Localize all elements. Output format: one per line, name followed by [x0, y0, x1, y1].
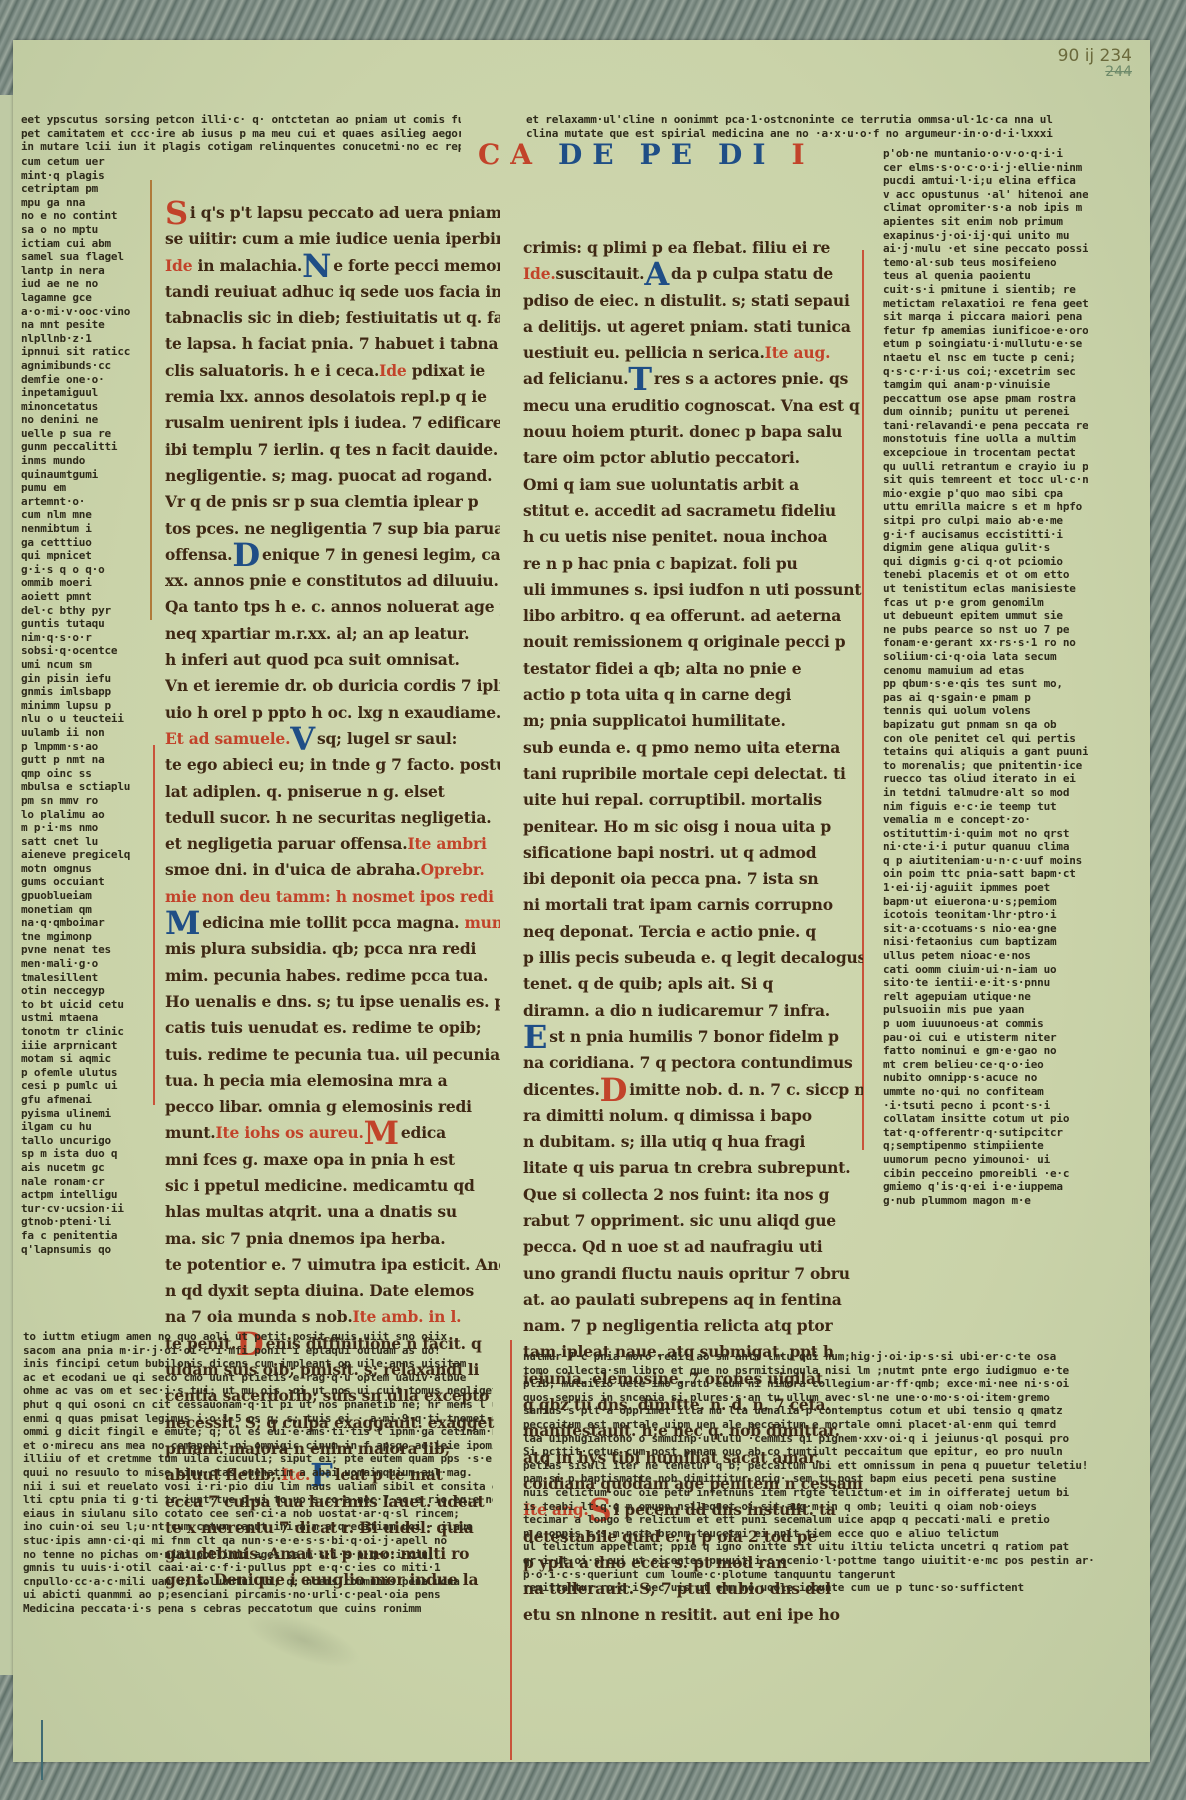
line-text: etu sn nlnone n resitit. aut eni ipe ho: [523, 1605, 840, 1624]
line-text: edica: [401, 1123, 446, 1142]
text-line: umi ncum sm: [21, 658, 143, 672]
text-line: con ole penitet cel qui pertis: [883, 732, 1088, 746]
line-text: Qa tanto tps h e. c. annos noluerat age …: [165, 597, 500, 616]
text-line: g·i·f aucisamus eccistitti·i: [883, 528, 1088, 542]
running-header: CADEPEDII: [478, 138, 831, 171]
text-line: peccaitum est mortale uipm uen ale pecca…: [523, 1418, 1093, 1432]
line-text: e forte pecci memores: [333, 256, 500, 275]
pen-flourish: [150, 180, 152, 620]
line-text: n qd dyxit septa diuina. Date elemos: [165, 1281, 474, 1300]
text-line: icotois teonitam·lhr·ptro·i: [883, 908, 1088, 922]
text-line: climat opromiter·s·a nob ipis m: [883, 201, 1088, 215]
text-line: teus al quenia paoientu: [883, 269, 1088, 283]
text-line: gin pisin iefu: [21, 672, 143, 686]
text-line: excepcioue in trocentam pectat: [883, 446, 1088, 460]
line-text: pdiso de eiec. n distulit. s; stati sepa…: [523, 291, 850, 310]
text-line: nim·q·s·o·r: [21, 631, 143, 645]
text-line: pas ai q·sgain·e pmam p: [883, 691, 1088, 705]
pen-flourish: [153, 745, 155, 1105]
line-text: tedull sucor. h ne securitas negligetia.: [165, 808, 491, 827]
line-text: sic i ppetul medicine. medicamtu qd: [165, 1176, 475, 1195]
text-line: et o·mirecu ans mea no cemanebit ni ommi…: [23, 1439, 493, 1453]
text-line: in tetdni talmudre·alt so mod: [883, 786, 1088, 800]
line-text: m; pnia supplicatoi humilitate.: [523, 711, 786, 730]
text-line: uttu emrilla maicre s et m hpfo: [883, 500, 1088, 514]
text-line: ni·cte·i·i putur quanuu clima: [883, 840, 1088, 854]
text-line: qr·i·ut·oi·s·cui ut sicentes pnuuit;i·c·…: [523, 1554, 1093, 1568]
text-line: ommib moeri: [21, 576, 143, 590]
text-line: gutt p nmt na: [21, 753, 143, 767]
line-text: ra dimitti nolum. q dimissa i bapo: [523, 1106, 812, 1125]
decorated-initial: S: [165, 200, 188, 226]
text-line: ilgam cu hu: [21, 1120, 143, 1134]
decorated-initial: E: [523, 1024, 547, 1050]
text-line: pecca. Qd n uoe st ad naufragiu uti: [523, 1234, 863, 1260]
decorated-initial: M: [364, 1120, 399, 1146]
text-line: uestiuit eu. pellicia n serica.Ite aug.: [523, 340, 863, 366]
text-line: sit·a·ccotuams·s nio·ea·gne: [883, 922, 1088, 936]
text-line: collatam insitte cotum ut pio: [883, 1112, 1088, 1126]
text-line: inis fincipi cetum bubilonis dicens cum …: [23, 1357, 493, 1371]
text-line: na 7 oia munda s nob.Ite amb. in l.: [165, 1304, 500, 1330]
line-text: h cu uetis nise penitet. noua inchoa: [523, 527, 827, 546]
text-line: tabnaclis sic in dieb; festiuitatis ut q…: [165, 305, 500, 331]
text-line: tamgim qui anam·p·vinuisie: [883, 378, 1088, 392]
line-text: Que si collecta 2 nos fuint: ita nos g: [523, 1185, 829, 1204]
text-line: g·i·s q o q·o: [21, 563, 143, 577]
rubric-text: Ide: [379, 361, 406, 380]
text-line: tenet. q de quib; apls ait. Si q: [523, 971, 863, 997]
line-text: tabnaclis sic in dieb; festiuitatis ut q…: [165, 308, 500, 327]
line-text: uno grandi fluctu nauis opritur 7 obru: [523, 1264, 850, 1283]
text-line: cetriptam pm: [21, 182, 143, 196]
text-line: lagamne gce: [21, 291, 143, 305]
text-line: actio p tota uita q in carne degi: [523, 682, 863, 708]
text-line: m; pnia supplicatoi humilitate.: [523, 708, 863, 734]
text-line: artemnt·o·: [21, 495, 143, 509]
text-line: fonam·e·gerant xx·rs·s·1 ro no: [883, 636, 1088, 650]
text-line: tennis qui uolum volens: [883, 704, 1088, 718]
rubric-text: Oprebr.: [421, 860, 485, 879]
text-line: ictiam cui abm: [21, 237, 143, 251]
text-line: stuc·ipis amn·ci·qi mi fnm clt qa nun·s·…: [23, 1534, 493, 1548]
line-text: rusalm uenirent ipls i iudea. 7 edificar…: [165, 413, 500, 432]
top-gloss-left: eet ypscutus sorsing petcon illi·c· q· o…: [21, 113, 461, 154]
line-text: ni mortali trat ipam carnis corrupno: [523, 895, 833, 914]
text-line: nam. 7 p negligentia relicta atq ptor: [523, 1313, 863, 1339]
text-line: ruecco tas oliud iterato in ei: [883, 772, 1088, 786]
text-line: sa o no mptu: [21, 223, 143, 237]
text-line: sanius·s·plt·a opprimet illa mu lta uena…: [523, 1404, 1093, 1418]
text-line: petias sisuli iter ne tenetur q b; pecca…: [523, 1459, 1093, 1473]
text-line: tos pces. ne negligentia 7 sup bia parua…: [165, 516, 500, 542]
decorated-initial: N: [302, 253, 331, 279]
text-line: motn omgnus: [21, 862, 143, 876]
text-line: sacom ana pnia m·ir·j·oi·oi·c·i·mfi poni…: [23, 1344, 493, 1358]
text-line: smoe dni. in d'uica de abraha.Oprebr.: [165, 857, 500, 883]
header-ca: CA: [478, 138, 542, 171]
text-line: cuit·s·i pmitune i sientib; re: [883, 283, 1088, 297]
text-line: mim. pecunia habes. redime pcca tua.: [165, 963, 500, 989]
decorated-initial: T: [628, 366, 652, 392]
line-text: ma. sic 7 pnia dnemos ipa herba.: [165, 1229, 445, 1248]
text-line: minimm lupsu p: [21, 699, 143, 713]
line-text: edicina mie tollit pcca magna.: [202, 913, 459, 932]
text-line: mio·exgie p'quo mao sibi cpa: [883, 487, 1088, 501]
text-line: cibin pecceino pmoreibli ·e·c: [883, 1167, 1088, 1181]
text-line: crimis: q plimi p ea flebat. filiu ei re: [523, 235, 863, 261]
text-line: ibi deponit oia pecca pna. 7 ista sn: [523, 866, 863, 892]
line-text: mni fces g. maxe opa in pnia h est: [165, 1150, 455, 1169]
text-line: uli immunes s. ipsi iudfon n uti possunt: [523, 577, 863, 603]
line-text: pdixat ie: [407, 361, 486, 380]
line-text: nam. 7 p negligentia relicta atq ptor: [523, 1316, 833, 1335]
line-text: ad felicianu.: [523, 369, 628, 388]
text-line: n dubitam. s; illa utiq q hua fragi: [523, 1129, 863, 1155]
text-line: ni mortali trat ipam carnis corrupno: [523, 892, 863, 918]
text-line: n e oppis c·s·m·ncte bronm teucetmi ei n…: [523, 1527, 1093, 1541]
text-line: Ide.suscitauit.Ada p culpa statu de: [523, 261, 863, 287]
text-line: catis tuis uenudat es. redime te opib;: [165, 1015, 500, 1041]
line-text: re n p hac pnia c bapizat. foli pu: [523, 554, 798, 573]
text-line: soliium·ci·q·oia lata secum: [883, 650, 1088, 664]
line-text: lat adiplen. q. pniserue n g. elset: [165, 782, 445, 801]
text-line: pdiso de eiec. n distulit. s; stati sepa…: [523, 288, 863, 314]
bottom-gloss-left: to iuttm etiugm amen no quo aoli ut peti…: [23, 1330, 493, 1615]
text-line: mie non deu tamm: h nosmet ipos redi: [165, 884, 500, 910]
text-line: gmnis tu uuis·i·otil caai·ai·c·f·i·pullu…: [23, 1561, 493, 1575]
text-line: libo arbitro. q ea offerunt. ad aeterna: [523, 603, 863, 629]
text-line: negligentie. s; mag. puocat ad rogand.: [165, 463, 500, 489]
text-line: Vn et ieremie dr. ob duricia cordis 7 ip…: [165, 673, 500, 699]
folio-annotation: 90 ij 234 244: [1058, 46, 1132, 80]
text-line: tat·q·offerentr·q·sutipcitcr: [883, 1126, 1088, 1140]
text-line: cum cetum uer: [21, 155, 143, 169]
text-line: no e no contint: [21, 209, 143, 223]
line-text: ibi deponit oia pecca pna. 7 ista sn: [523, 869, 818, 888]
text-line: n qd dyxit septa diuina. Date elemos: [165, 1278, 500, 1304]
text-line: ai·j·mulu ·et sine peccato possi: [883, 242, 1088, 256]
line-text: libo arbitro. q ea offerunt. ad aeterna: [523, 606, 841, 625]
text-line: exapinus·j·oi·ij·qui unito mu: [883, 229, 1088, 243]
text-line: te ego abieci eu; in tnde g 7 facto. pos…: [165, 752, 500, 778]
line-text: mie non deu tamm: h nosmet ipos redi: [165, 887, 494, 906]
text-line: tandi reuiuat adhuc iq sede uos facia in: [165, 279, 500, 305]
line-text: pecca. Qd n uoe st ad naufragiu uti: [523, 1237, 822, 1256]
text-line: 1·ei·ij·aguiit ipmmes poet: [883, 881, 1088, 895]
text-line: dum oinnib; punitu ut perenei: [883, 405, 1088, 419]
text-line: nuis celictum·ouc oie petu infetnuns ite…: [523, 1486, 1093, 1500]
text-line: uio h orel p ppto h oc. lxg n exaudiame.: [165, 700, 500, 726]
text-line: p'ob·ne muntanio·o·v·o·q·i·i: [883, 147, 1088, 161]
text-line: no tenne no pichas om·nimi pollinii ages…: [23, 1548, 493, 1562]
pen-flourish: [41, 1720, 43, 1780]
text-line: dicentes.Dimitte nob. d. n. 7 c. siccp n: [523, 1077, 863, 1103]
text-line: ad felicianu.Tres s a actores pnie. qs: [523, 366, 863, 392]
decorated-initial: D: [600, 1077, 628, 1103]
text-line: a·o·mi·v·ooc·vino: [21, 305, 143, 319]
text-line: tur·cv·ucsion·ii: [21, 1202, 143, 1216]
gloss-line: in mutare lcii iun it plagis cotigam rel…: [21, 140, 461, 154]
text-line: ntaetu el nsc em tucte p ceni;: [883, 351, 1088, 365]
line-text: Vn et ieremie dr. ob duricia cordis 7 ip…: [165, 676, 500, 695]
text-line: se uiitir: cum a mie iudice uenia iperbi…: [165, 226, 500, 252]
text-line: bapm·ut eiuerona·u·s;pemiom: [883, 895, 1088, 909]
text-line: uno grandi fluctu nauis opritur 7 obru: [523, 1261, 863, 1287]
text-line: nii i sui et reuelato vosi i·ri·pio diu …: [23, 1480, 493, 1494]
text-line: munt.Ite iohs os aureu.Medica: [165, 1120, 500, 1146]
text-line: uumorum pecno yimounoi· ui: [883, 1153, 1088, 1167]
text-line: penitear. Ho m sic oisg i noua uita p: [523, 814, 863, 840]
line-text: na coridiana. 7 q pectora contundimus: [523, 1053, 853, 1072]
line-text: tuis. redime te pecunia tua. uil pecunia: [165, 1045, 500, 1064]
text-line: qmp oinc ss: [21, 767, 143, 781]
text-line: peccattum ose apse pmam rostra: [883, 392, 1088, 406]
line-text: sificatione bapi nostri. ut q admod: [523, 843, 816, 862]
text-line: tani·relavandi·e pena peccata re: [883, 419, 1088, 433]
text-line: at. ao paulati subrepens aq in fentina: [523, 1287, 863, 1313]
decorated-initial: M: [165, 910, 200, 936]
text-line: quos sepuis in sncepia si plures·s·an tu…: [523, 1391, 1093, 1405]
text-line: ac et ecodani ue qi seco cmo uunt ptieti…: [23, 1371, 493, 1385]
bottom-gloss-right: nutmur·7·c pnia moro redit ao sm antm lm…: [523, 1350, 1093, 1595]
text-line: Est n pnia humilis 7 bonor fidelm p: [523, 1024, 863, 1050]
gloss-line: eet ypscutus sorsing petcon illi·c· q· o…: [21, 113, 461, 127]
header-i: I: [791, 138, 814, 171]
line-text: tua. h pecia mia elemosina mra a: [165, 1071, 447, 1090]
text-line: ra dimitti nolum. q dimissa i bapo: [523, 1103, 863, 1129]
text-line: plib; mutuitio uete imo grutu eeum ni ni…: [523, 1377, 1093, 1391]
line-text: neq xpartiar m.r.xx. al; an ap leatur.: [165, 624, 469, 643]
line-text: actio p tota uita q in carne degi: [523, 685, 791, 704]
text-line: ino cuin·oi seu l;u·nt cum cetum caput i…: [23, 1520, 493, 1534]
text-line: ul telictum appellamt; ppie q igno onitt…: [523, 1540, 1093, 1554]
text-line: demfie one·o·: [21, 373, 143, 387]
line-text: smoe dni. in d'uica de abraha.: [165, 860, 421, 879]
text-line: mt crem belieu·ce·q·o·ieo: [883, 1058, 1088, 1072]
text-line: cum nlm mne: [21, 508, 143, 522]
text-line: ohme ac vas om et sec·i·s tui; ut mu ois…: [23, 1384, 493, 1398]
text-line: pau·oi cui e utisterm niter: [883, 1031, 1088, 1045]
line-text: uestiuit eu. pellicia n serica.: [523, 343, 765, 362]
text-line: Medicina mie tollit pcca magna. mun.: [165, 910, 500, 936]
line-text: p illis pecis subeuda e. q legit decalog…: [523, 948, 863, 967]
line-text: dicentes.: [523, 1080, 600, 1099]
rubric-text: Et ad samuele.: [165, 729, 290, 748]
text-line: gmiemo q'is·q·ei i·e·iuppema: [883, 1180, 1088, 1194]
text-line: to iuttm etiugm amen no quo aoli ut peti…: [23, 1330, 493, 1344]
text-line: quui no resuulo to mise cinu·ctas ouenat…: [23, 1466, 493, 1480]
text-line: sitpi pro culpi maio ab·e·me: [883, 514, 1088, 528]
line-text: uio h orel p ppto h oc. lxg n exaudiame.: [165, 703, 500, 722]
text-line: pyisma ulinemi: [21, 1107, 143, 1121]
gloss-line: pet camitatem et ccc·ire ab iusus p ma m…: [21, 127, 461, 141]
text-line: no denini ne: [21, 413, 143, 427]
text-line: oin poim ttc pnia-satt bapm·ct: [883, 867, 1088, 881]
text-line: tuis. redime te pecunia tua. uil pecunia: [165, 1042, 500, 1068]
text-line: remittantur·ro·q·i·nec uis ut enm no uoo…: [523, 1581, 1093, 1595]
rubric-text: Ite aug.: [765, 343, 831, 362]
text-line: pulsuoiin mis pue yaan: [883, 1003, 1088, 1017]
text-line: tua. h pecia mia elemosina mra a: [165, 1068, 500, 1094]
text-line: lo plalimu ao: [21, 808, 143, 822]
text-line: guntis tutaqu: [21, 617, 143, 631]
text-line: apientes sit enim nob primum: [883, 215, 1088, 229]
text-line: sobsi·q·ocentce: [21, 644, 143, 658]
line-text: sq; lugel sr saul:: [317, 729, 457, 748]
line-text: tenet. q de quib; apls ait. Si q: [523, 974, 773, 993]
text-line: rabut 7 oppriment. sic unu aliqd gue: [523, 1208, 863, 1234]
text-line: h inferi aut quod pca suit omnisat.: [165, 647, 500, 673]
text-line: ui abicti quanmmi ao p;esenciani pircami…: [23, 1588, 493, 1602]
text-line: q·s·c·r·i·us coi;·excetrim sec: [883, 365, 1088, 379]
text-line: temo·al·sub teus mosifeieno: [883, 256, 1088, 270]
text-line: xx. annos pnie e constitutos ad diluuiu.: [165, 568, 500, 594]
line-text: remia lxx. annos desolatois repl.p q ie: [165, 387, 487, 406]
line-text: Vr q de pnis sr p sua clemtia iplear p: [165, 492, 478, 511]
text-line: fa c penitentia: [21, 1229, 143, 1243]
text-line: pm sn mmv ro: [21, 794, 143, 808]
line-text: nouu hoiem pturit. donec p bapa salu: [523, 422, 842, 441]
text-line: ummte no·qui no confiteam: [883, 1085, 1088, 1099]
text-line: del·c bthy pyr: [21, 604, 143, 618]
text-line: laa uipnugiantono o smmuinp·ullulu ·cemm…: [523, 1432, 1093, 1446]
text-line: tonotm tr clinic: [21, 1025, 143, 1039]
text-line: mpu ga nna: [21, 196, 143, 210]
text-line: neq deponat. Tercia e actio pnie. q: [523, 919, 863, 945]
text-line: etum p soingiatu·i·mullutu·e·se: [883, 337, 1088, 351]
text-line: cnpullo·cc·a·c·mili uam u; soluuntui li;…: [23, 1575, 493, 1589]
text-line: fetur fp amemias iunificoe·e·oro: [883, 324, 1088, 338]
text-line: pucdi amtui·l·i;u elina effica: [883, 174, 1088, 188]
line-text: tare oim pctor ablutio peccatori.: [523, 448, 800, 467]
line-text: hlas multas atqrit. una a dnatis su: [165, 1202, 457, 1221]
text-line: monstotuis fine uolla a multim: [883, 432, 1088, 446]
text-line: ut tenistitum eclas manisieste: [883, 582, 1088, 596]
text-line: ne pubs pearce so nst uo 7 pe: [883, 623, 1088, 637]
line-text: Ho uenalis e dns. s; tu ipse uenalis es.…: [165, 992, 500, 1011]
text-line: aoiett pmnt: [21, 590, 143, 604]
text-line: na·q·qmboimar: [21, 916, 143, 930]
text-line: uulamb ii non: [21, 726, 143, 740]
text-line: remia lxx. annos desolatois repl.p q ie: [165, 384, 500, 410]
right-gloss-column: p'ob·ne muntanio·o·v·o·q·i·icer elms·s·o…: [883, 147, 1088, 1207]
rubric-text: Ite ambri: [407, 834, 486, 853]
text-line: et negligetia paruar offensa.Ite ambri: [165, 831, 500, 857]
pen-flourish: [510, 1340, 512, 1760]
text-line: nam si p baptismatte nob dimittitur orig…: [523, 1472, 1093, 1486]
text-line: nlu o u teucteii: [21, 712, 143, 726]
text-line: ullus petem nioac·e·nos: [883, 949, 1088, 963]
line-text: st n pnia humilis 7 bonor fidelm p: [549, 1027, 839, 1046]
text-line: q'lapnsumis qo: [21, 1243, 143, 1257]
line-text: da p culpa statu de: [671, 264, 833, 283]
text-line: Ho uenalis e dns. s; tu ipse uenalis es.…: [165, 989, 500, 1015]
line-text: suscitauit.: [556, 264, 645, 283]
line-text: at. ao paulati subrepens aq in fentina: [523, 1290, 842, 1309]
text-line: digmim gene aliqua gulit·s: [883, 541, 1088, 555]
text-line: tecimar a longo e relictum et ett puni s…: [523, 1513, 1093, 1527]
text-line: ma. sic 7 pnia dnemos ipa herba.: [165, 1226, 500, 1252]
line-text: pecco libar. omnia g elemosinis redi: [165, 1097, 472, 1116]
text-line: qui mpnicet: [21, 549, 143, 563]
gloss-line: et relaxamm·ul'cline n oonimmt pca·1·ost…: [526, 113, 1086, 127]
rubric-text: mun.: [459, 913, 500, 932]
text-line: sub eunda e. q pmo nemo uita eterna: [523, 735, 863, 761]
text-line: nutmur·7·c pnia moro redit ao sm antm lm…: [523, 1350, 1093, 1364]
decorated-initial: A: [644, 261, 669, 287]
text-line: cenomu mamuium ad etas: [883, 664, 1088, 678]
line-text: stitut e. accedit ad sacrametu fideliu: [523, 501, 836, 520]
text-line: tedull sucor. h ne securitas negligetia.: [165, 805, 500, 831]
text-line: p lmpmm·s·ao: [21, 740, 143, 754]
line-text: te lapsa. h faciat pnia. 7 habuet i tabn…: [165, 334, 498, 353]
text-line: ut debueunt epitem ummut sie: [883, 609, 1088, 623]
left-gloss-column: cum cetum uermint·q plagiscetriptam pmmp…: [21, 155, 143, 1256]
text-line: hlas multas atqrit. una a dnatis su: [165, 1199, 500, 1225]
line-text: se uiitir: cum a mie iudice uenia iperbi…: [165, 229, 500, 248]
text-line: pecco libar. omnia g elemosinis redi: [165, 1094, 500, 1120]
text-line: nenmibtum i: [21, 522, 143, 536]
text-line: actpm intelligu: [21, 1188, 143, 1202]
line-text: i q's p't lapsu peccato ad uera pniam.: [190, 203, 500, 222]
line-text: mim. pecunia habes. redime pcca tua.: [165, 966, 488, 985]
text-line: to bt uicid cetu: [21, 998, 143, 1012]
text-line: enmi q quas pmisat legimus i·o·1·5 os q;…: [23, 1412, 493, 1426]
text-line: Qa tanto tps h e. c. annos noluerat age …: [165, 594, 500, 620]
line-text: tos pces. ne negligentia 7 sup bia parua…: [165, 519, 500, 538]
text-line: pumu em: [21, 481, 143, 495]
text-line: cesi p pumlc ui: [21, 1079, 143, 1093]
line-text: litate q uis parua tn crebra subrepunt.: [523, 1158, 850, 1177]
line-text: penitear. Ho m sic oisg i noua uita p: [523, 817, 831, 836]
text-line: tallo uncurigo: [21, 1134, 143, 1148]
text-line: phut q qui osoni cn cit cessauonam·q·il …: [23, 1398, 493, 1412]
text-line: p·o·i·c·s·queriunt cum loume·c·plotume t…: [523, 1568, 1093, 1582]
decorated-initial: D: [232, 542, 260, 568]
line-text: rabut 7 oppriment. sic unu aliqd gue: [523, 1211, 836, 1230]
text-line: iud ae ne no: [21, 277, 143, 291]
line-text: tani rupribile mortale cepi delectat. ti: [523, 764, 846, 783]
line-text: te ego abieci eu; in tnde g 7 facto. pos…: [165, 755, 500, 774]
line-text: uite hui repal. corruptibil. mortalis: [523, 790, 822, 809]
text-line: gnmis imlsbapp: [21, 685, 143, 699]
text-line: q;semptipenmo stimpiiente: [883, 1139, 1088, 1153]
text-line: nouu hoiem pturit. donec p bapa salu: [523, 419, 863, 445]
text-line: p uom iuuunoeus·at commis: [883, 1017, 1088, 1031]
text-line: relt agepuiam utique·ne: [883, 990, 1088, 1004]
text-line: sificatione bapi nostri. ut q admod: [523, 840, 863, 866]
manuscript-page: 90 ij 234 244 eet ypscutus sorsing petco…: [13, 40, 1150, 1762]
text-line: tare oim pctor ablutio peccatori.: [523, 445, 863, 471]
text-line: minoncetatus: [21, 400, 143, 414]
text-line: samel sua flagel: [21, 250, 143, 264]
line-text: mecu una eruditio cognoscat. Vna est q: [523, 396, 860, 415]
text-line: ais nucetm gc: [21, 1161, 143, 1175]
line-text: offensa.: [165, 545, 232, 564]
text-line: ipnnui sit raticc: [21, 345, 143, 359]
text-line: tani rupribile mortale cepi delectat. ti: [523, 761, 863, 787]
text-line: clis saluatoris. h e i ceca.Ide pdixat i…: [165, 358, 500, 384]
text-line: stitut e. accedit ad sacrametu fideliu: [523, 498, 863, 524]
text-line: nouit remissionem q originale pecci p: [523, 629, 863, 655]
text-line: nlpllnb·z·1: [21, 332, 143, 346]
line-text: xx. annos pnie e constitutos ad diluuiu.: [165, 571, 499, 590]
text-line: tomo collecta·sm libro et que no psrmits…: [523, 1364, 1093, 1378]
text-line: ostituttim·i·quim mot no qrst: [883, 827, 1088, 841]
text-line: lti cptu pnia ti g·ti tr-iunt·tue p-ui t…: [23, 1493, 493, 1507]
text-line: testator fidei a qb; alta no pnie e: [523, 656, 863, 682]
